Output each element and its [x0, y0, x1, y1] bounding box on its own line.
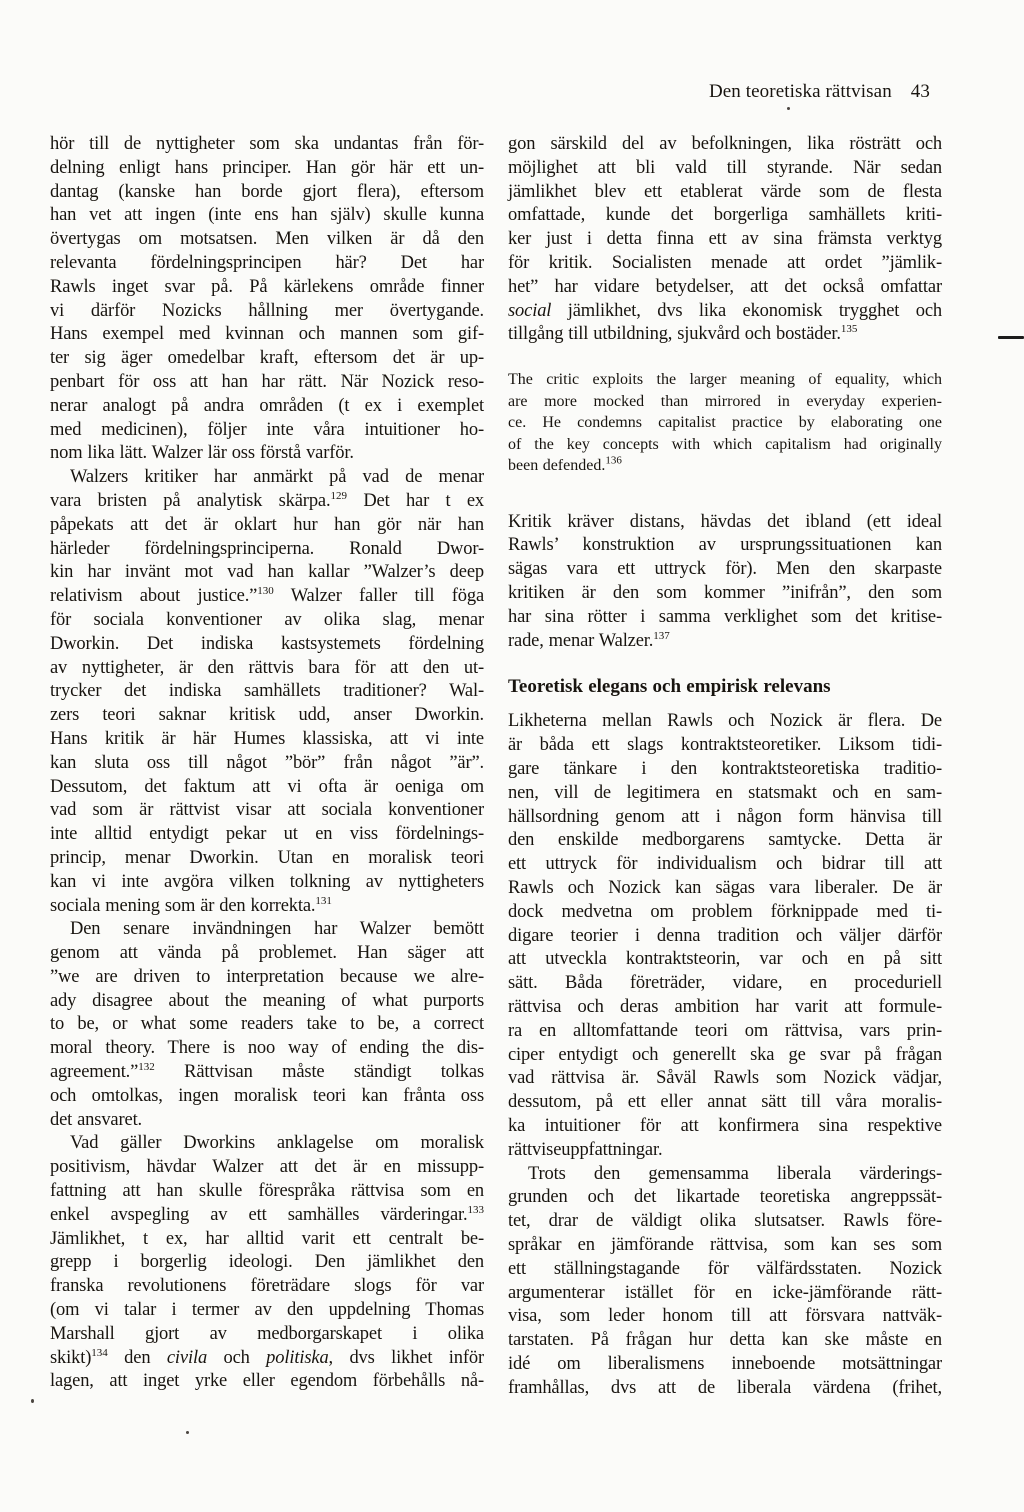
text-line: are more mocked than mirrored in everyda…	[508, 391, 942, 413]
text-line: påpekats att det är oklart hur han gör n…	[50, 514, 484, 538]
text-line: Dworkin. Det indiska kastsystemets förde…	[50, 633, 484, 657]
text-line: Marshall gjort av medborgarskapet i olik…	[50, 1323, 484, 1347]
text-line: Vad gäller Dworkins anklagelse om morali…	[50, 1132, 484, 1156]
text-line: argumenterar istället för en icke-jämför…	[508, 1282, 942, 1306]
text-line: vad som är rättvist visar att sociala ko…	[50, 799, 484, 823]
text-line: kritiken är den som kommer ”inifrån”, de…	[508, 582, 942, 606]
footnote-ref: 130	[257, 585, 274, 597]
text-line: social jämlikhet, dvs lika ekonomisk try…	[508, 300, 942, 324]
paragraph: Vad gäller Dworkins anklagelse om morali…	[50, 1132, 484, 1394]
text-line: tarstaten. På frågan hur detta kan ske m…	[508, 1329, 942, 1353]
text-line: fattning att han skulle förespråka rättv…	[50, 1180, 484, 1204]
paragraph: hör till de nyttigheter som ska undantas…	[50, 133, 484, 466]
footnote-ref: 134	[91, 1346, 108, 1358]
text-line: ter sig äger omedelbar kraft, eftersom d…	[50, 347, 484, 371]
text-line: dessutom, på ett eller annat sätt till v…	[508, 1091, 942, 1115]
text-line: vad rättvisa är. Såväl Rawls som Nozick …	[508, 1067, 942, 1091]
text-line: Hans kritik är här Humes klassiska, att …	[50, 728, 484, 752]
text-line: princip, menar Dworkin. Utan en moralisk…	[50, 847, 484, 871]
text-line: och omtolkas, ingen moralisk teori kan f…	[50, 1085, 484, 1109]
text-line: nerar analogt på andra områden (t ex i e…	[50, 395, 484, 419]
text-line: het” har vidare betydelser, att det ocks…	[508, 276, 942, 300]
text-line: penbart för oss att han har rätt. När No…	[50, 371, 484, 395]
text-line: of the key concepts with which capitalis…	[508, 434, 942, 456]
text-line: agreement.”132 Rättvisan måste ständigt …	[50, 1061, 484, 1085]
text-line: sätt. Båda företräder, vidare, en proced…	[508, 972, 942, 996]
text-line: härleder fördelningsprinciperna. Ronald …	[50, 538, 484, 562]
text-line: enkel avspegling av ett samhälles värder…	[50, 1204, 484, 1228]
paragraph: Den senare invändningen har Walzer bemöt…	[50, 918, 484, 1132]
footnote-ref: 132	[138, 1061, 155, 1073]
margin-pencil-mark	[998, 336, 1024, 339]
text-line: been defended.136	[508, 455, 942, 477]
text-line: språkar en jämförande rättvisa, som kan …	[508, 1234, 942, 1258]
footnote-ref: 136	[605, 455, 622, 467]
text-line: dantag (kanske han borde gjort flera), e…	[50, 181, 484, 205]
text-line: har sina rötter i samma verklighet som d…	[508, 606, 942, 630]
text-line: hällsordning genom att i någon form hänv…	[508, 806, 942, 830]
text-line: tet, drar de väldigt olika slutsatser. R…	[508, 1210, 942, 1234]
text-line: moral theory. There is noo way of ending…	[50, 1037, 484, 1061]
book-page: Den teoretiska rättvisan43 hör till de n…	[0, 0, 1024, 1512]
text-line: omfattade, kunde det borgerliga samhälle…	[508, 204, 942, 228]
left-text-column: hör till de nyttigheter som ska undantas…	[50, 133, 484, 1394]
footnote-ref: 129	[330, 490, 347, 502]
text-line: genom att vända på problemet. Han säger …	[50, 942, 484, 966]
text-line: vi därför Nozicks hållning mer övertygan…	[50, 300, 484, 324]
text-line: The critic exploits the larger meaning o…	[508, 369, 942, 391]
text-line: framhållas, dvs att de liberala värdena …	[508, 1377, 942, 1401]
text-line: Den senare invändningen har Walzer bemöt…	[50, 918, 484, 942]
section-heading: Teoretisk elegans och empirisk relevans	[508, 674, 942, 700]
text-line: Walzers kritiker har anmärkt på vad de m…	[50, 466, 484, 490]
text-line: gon särskild del av befolkningen, lika r…	[508, 133, 942, 157]
text-line: positivism, hävdar Walzer att det är en …	[50, 1156, 484, 1180]
footnote-ref: 135	[841, 323, 858, 335]
right-text-column: gon särskild del av befolkningen, lika r…	[508, 133, 942, 1401]
text-line: han vet att ingen (inte ens han själv) s…	[50, 204, 484, 228]
footnote-ref: 137	[653, 630, 670, 642]
text-line: delning enligt hans principer. Han gör h…	[50, 157, 484, 181]
text-line: Rawls och Nozick kan sägas vara liberale…	[508, 877, 942, 901]
text-line: digare teorier i denna tradition och väl…	[508, 925, 942, 949]
text-line: ett ställningstagande för välfärdsstaten…	[508, 1258, 942, 1282]
text-line: skikt)134 den civila och politiska, dvs …	[50, 1347, 484, 1371]
text-line: rättvisa och deras ambition har varit at…	[508, 996, 942, 1020]
text-line: Rawls inget svar på. På kärlekens område…	[50, 276, 484, 300]
paragraph: gon särskild del av befolkningen, lika r…	[508, 133, 942, 347]
text-line: ett uttryck för individualism och bidrar…	[508, 853, 942, 877]
text-line: Trots den gemensamma liberala värderings…	[508, 1163, 942, 1187]
footnote-ref: 133	[468, 1204, 485, 1216]
text-line: ra en alltomfattande teori om rättvisa, …	[508, 1020, 942, 1044]
text-line: tillgång till utbildning, sjukvård och b…	[508, 323, 942, 347]
text-line: Jämlikhet, t ex, har alltid varit ett ce…	[50, 1228, 484, 1252]
text-line: zers teori saknar kritisk udd, anser Dwo…	[50, 704, 484, 728]
text-line: trycker det indiska samhällets tradition…	[50, 680, 484, 704]
text-line: gare tänkare i den kontraktsteoretiska t…	[508, 758, 942, 782]
text-line: franska revolutionens företrädare slogs …	[50, 1275, 484, 1299]
running-header: Den teoretiska rättvisan43	[709, 81, 930, 103]
text-line: lagen, att inget yrke eller egendom förb…	[50, 1370, 484, 1394]
text-line: sägas vara ett uttryck för). Men den ska…	[508, 558, 942, 582]
text-line: det ansvaret.	[50, 1109, 484, 1133]
text-line: övertygas om motsatsen. Men vilken är då…	[50, 228, 484, 252]
text-line: av nyttigheter, är den rättvis bara för …	[50, 657, 484, 681]
text-line: sociala mening som är den korrekta.131	[50, 895, 484, 919]
text-line: möjlighet att bli vald till styrande. Nä…	[508, 157, 942, 181]
scan-speck	[186, 1431, 189, 1434]
text-line: grunden och det likartade teoretiska ang…	[508, 1186, 942, 1210]
text-line: inte alltid entydigt pekar ut en viss fö…	[50, 823, 484, 847]
text-line: den enskilde medborgarens samtycke. Dett…	[508, 829, 942, 853]
text-line: kan sluta oss till något ”bör” från någo…	[50, 752, 484, 776]
scan-speck	[31, 1399, 34, 1403]
text-line: är båda ett slags kontraktsteoretiker. L…	[508, 734, 942, 758]
text-line: grepp i borgerlig ideologi. Den jämlikhe…	[50, 1251, 484, 1275]
text-line: jämlikhet blev ett etablerat värde som d…	[508, 181, 942, 205]
footnote-ref: 131	[315, 894, 332, 906]
text-line: ady disagree about the meaning of what p…	[50, 990, 484, 1014]
text-line: relevanta fördelningsprincipen här? Det …	[50, 252, 484, 276]
paragraph: Walzers kritiker har anmärkt på vad de m…	[50, 466, 484, 918]
text-line: ka intuitioner för att konfirmera sina r…	[508, 1115, 942, 1139]
text-line: hör till de nyttigheter som ska undantas…	[50, 133, 484, 157]
paragraph: Trots den gemensamma liberala värderings…	[508, 1163, 942, 1401]
text-line: ”we are driven to interpretation because…	[50, 966, 484, 990]
text-line: (om vi talar i termer av den uppdelning …	[50, 1299, 484, 1323]
text-line: ker just i detta finna ett av sina främs…	[508, 228, 942, 252]
text-line: att utveckla kontraktsteorin, var och en…	[508, 948, 942, 972]
text-line: dock medvetna om problem förknippade med…	[508, 901, 942, 925]
text-line: idé om liberalismens inneboende motsättn…	[508, 1353, 942, 1377]
page-number: 43	[911, 81, 930, 102]
text-line: relativism about justice.”130 Walzer fal…	[50, 585, 484, 609]
text-line: Dessutom, det faktum att vi ofta är oeni…	[50, 776, 484, 800]
text-line: ciper entydigt och generellt ska ge svar…	[508, 1044, 942, 1068]
text-line: Rawls’ konstruktion av ursprungssituatio…	[508, 534, 942, 558]
text-line: kin har invänt mot vad han kallar ”Walze…	[50, 561, 484, 585]
text-line: vara bristen på analytisk skärpa.129 Det…	[50, 490, 484, 514]
text-line: för sociala konventioner av olika slag, …	[50, 609, 484, 633]
text-line: Kritik kräver distans, hävdas det ibland…	[508, 511, 942, 535]
text-line: Hans exempel med kvinnan och mannen som …	[50, 323, 484, 347]
text-line: nom lika lätt. Walzer lär oss förstå var…	[50, 442, 484, 466]
text-line: nen, vill de legitimera en statsmakt och…	[508, 782, 942, 806]
text-line: visa, som leder honom till att försvara …	[508, 1305, 942, 1329]
text-line: för kritik. Socialisten menade att ordet…	[508, 252, 942, 276]
text-line: to be, or what some readers take to be, …	[50, 1013, 484, 1037]
scan-speck	[787, 107, 790, 110]
text-line: rade, menar Walzer.137	[508, 630, 942, 654]
text-line: ce. He condemns capitalist practice by e…	[508, 412, 942, 434]
paragraph: Likheterna mellan Rawls och Nozick är fl…	[508, 710, 942, 1162]
paragraph: Kritik kräver distans, hävdas det ibland…	[508, 511, 942, 654]
text-line: rättviseuppfattningar.	[508, 1139, 942, 1163]
running-title: Den teoretiska rättvisan	[709, 81, 892, 102]
text-line: Likheterna mellan Rawls och Nozick är fl…	[508, 710, 942, 734]
block-quote: The critic exploits the larger meaning o…	[508, 369, 942, 477]
text-line: med medicinen), följer inte våra intuiti…	[50, 419, 484, 443]
text-line: kan vi inte avgöra vilken tolkning av ny…	[50, 871, 484, 895]
